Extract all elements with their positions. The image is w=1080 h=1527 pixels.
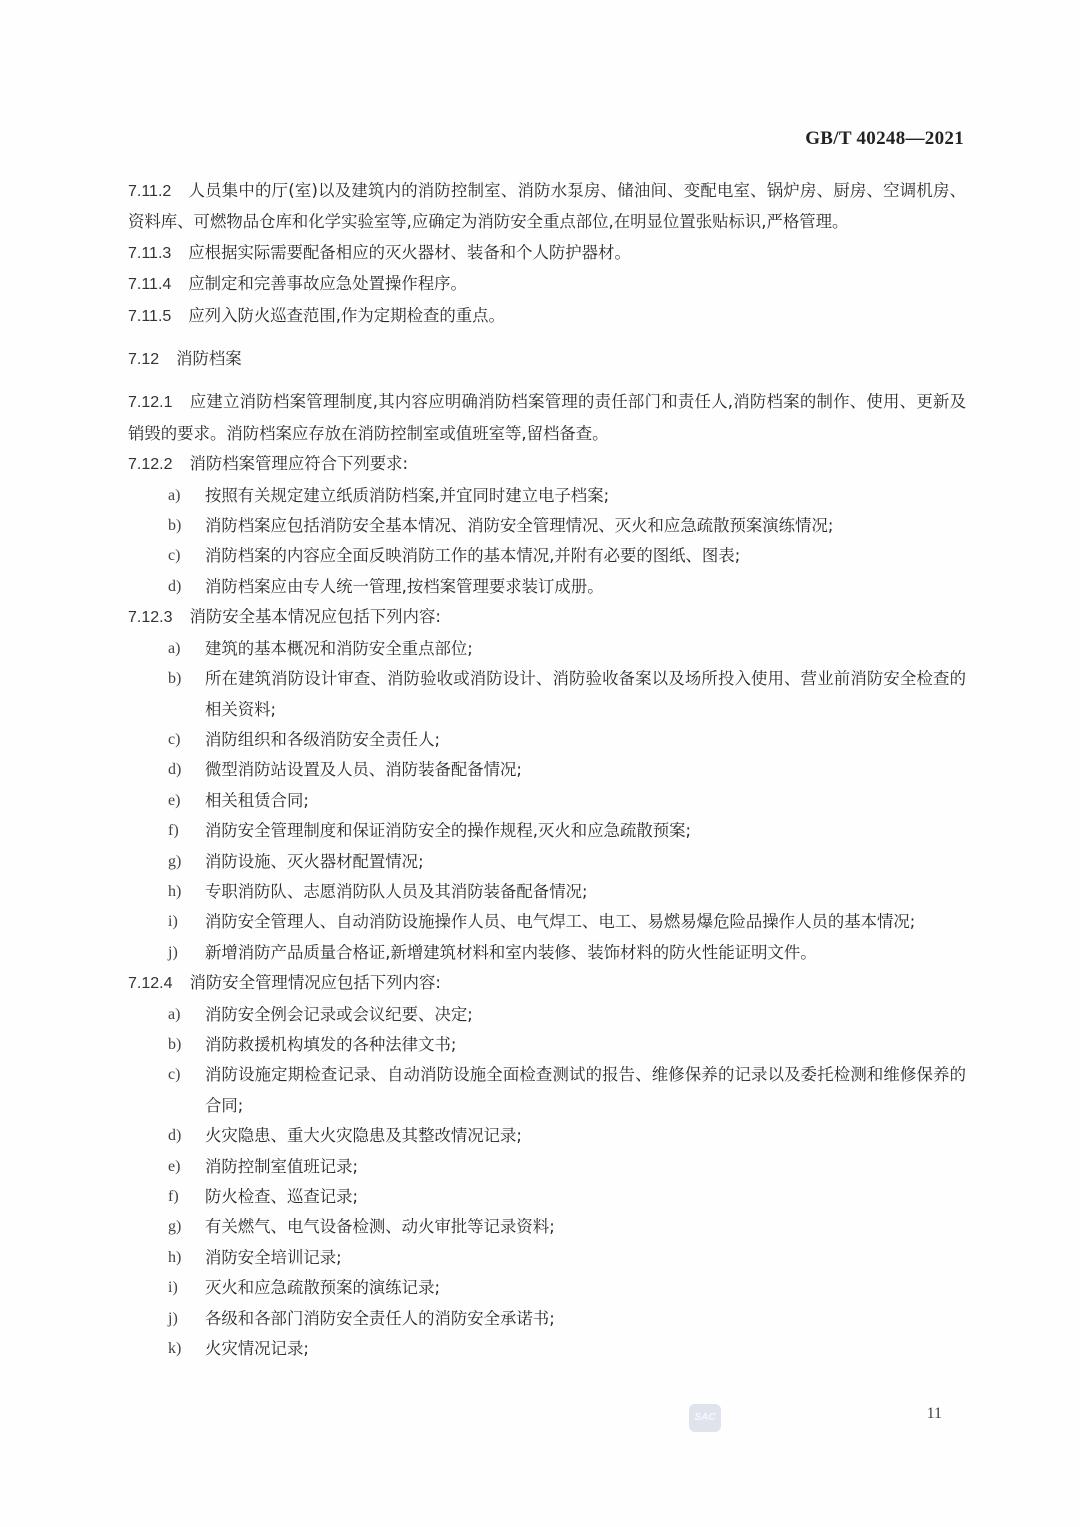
list-marker: e) xyxy=(168,786,180,816)
clause-text: 应根据实际需要配备相应的灭火器材、装备和个人防护器材。 xyxy=(188,243,631,262)
list-marker: e) xyxy=(168,1152,180,1182)
list-item-text: 消防安全例会记录或会议纪要、决定; xyxy=(205,1005,473,1024)
list-item-text: 有关燃气、电气设备检测、动火审批等记录资料; xyxy=(205,1217,555,1236)
list-item-text: 消防设施、灭火器材配置情况; xyxy=(205,852,424,871)
list-marker: a) xyxy=(168,634,180,664)
list-item: c)消防档案的内容应全面反映消防工作的基本情况,并附有必要的图纸、图表; xyxy=(128,541,966,571)
clause-7-12-2: 7.12.2消防档案管理应符合下列要求: xyxy=(128,449,966,480)
list-item-text: 消防救援机构填发的各种法律文书; xyxy=(205,1035,456,1054)
list-item: i)灭火和应急疏散预案的演练记录; xyxy=(128,1273,966,1303)
list-item-text: 防火检查、巡查记录; xyxy=(205,1187,358,1206)
page-number: 11 xyxy=(927,1405,942,1423)
list-item-text: 各级和各部门消防安全责任人的消防安全承诺书; xyxy=(205,1309,555,1328)
list-item: e)消防控制室值班记录; xyxy=(128,1152,966,1182)
section-title: 消防档案 xyxy=(176,349,242,368)
list-marker: d) xyxy=(168,755,181,785)
list-marker: j) xyxy=(168,938,178,968)
list-item-text: 消防档案应由专人统一管理,按档案管理要求装订成册。 xyxy=(205,577,604,596)
list-marker: g) xyxy=(168,1212,181,1242)
list-item-text: 灭火和应急疏散预案的演练记录; xyxy=(205,1278,440,1297)
list-marker: a) xyxy=(168,481,180,511)
list-item: j)各级和各部门消防安全责任人的消防安全承诺书; xyxy=(128,1304,966,1334)
list-item: d)微型消防站设置及人员、消防装备配备情况; xyxy=(128,755,966,785)
clause-text: 消防安全管理情况应包括下列内容: xyxy=(189,973,440,992)
list-item-text: 按照有关规定建立纸质消防档案,并宜同时建立电子档案; xyxy=(205,486,609,505)
list-item-text: 火灾情况记录; xyxy=(205,1339,309,1358)
clause-7-11-3: 7.11.3应根据实际需要配备相应的灭火器材、装备和个人防护器材。 xyxy=(128,238,966,269)
list-item: a)建筑的基本概况和消防安全重点部位; xyxy=(128,634,966,664)
list-item: e)相关租赁合同; xyxy=(128,786,966,816)
list-marker: f) xyxy=(168,1182,179,1212)
clause-text: 人员集中的厅(室)以及建筑内的消防控制室、消防水泵房、储油间、变配电室、锅炉房、… xyxy=(128,181,966,231)
clause-number: 7.11.3 xyxy=(128,245,171,262)
list-item: b)所在建筑消防设计审查、消防验收或消防设计、消防验收备案以及场所投入使用、营业… xyxy=(128,664,966,725)
list-item-text: 消防组织和各级消防安全责任人; xyxy=(205,730,440,749)
list-marker: d) xyxy=(168,572,181,602)
list-marker: g) xyxy=(168,847,181,877)
clause-text: 消防安全基本情况应包括下列内容: xyxy=(189,607,440,626)
list-item: c)消防组织和各级消防安全责任人; xyxy=(128,725,966,755)
list-marker: h) xyxy=(168,877,181,907)
list-item-text: 专职消防队、志愿消防队人员及其消防装备配备情况; xyxy=(205,882,588,901)
clause-7-12-1: 7.12.1应建立消防档案管理制度,其内容应明确消防档案管理的责任部门和责任人,… xyxy=(128,387,966,449)
list-item-text: 微型消防站设置及人员、消防装备配备情况; xyxy=(205,760,522,779)
list-marker: c) xyxy=(168,1060,180,1090)
list-marker: a) xyxy=(168,1000,180,1030)
list-item: b)消防档案应包括消防安全基本情况、消防安全管理情况、灭火和应急疏散预案演练情况… xyxy=(128,511,966,541)
clause-text: 应建立消防档案管理制度,其内容应明确消防档案管理的责任部门和责任人,消防档案的制… xyxy=(128,392,966,442)
clause-number: 7.12.4 xyxy=(128,975,172,992)
list-item-text: 相关租赁合同; xyxy=(205,791,309,810)
list-item: a)消防安全例会记录或会议纪要、决定; xyxy=(128,1000,966,1030)
list-marker: c) xyxy=(168,725,180,755)
list-marker: b) xyxy=(168,511,181,541)
sac-logo-icon: SAC xyxy=(689,1404,721,1432)
list-item: j)新增消防产品质量合格证,新增建筑材料和室内装修、装饰材料的防火性能证明文件。 xyxy=(128,938,966,968)
clause-7-11-5: 7.11.5应列入防火巡查范围,作为定期检查的重点。 xyxy=(128,301,966,332)
list-marker: c) xyxy=(168,541,180,571)
clause-text: 应制定和完善事故应急处置操作程序。 xyxy=(188,274,467,293)
document-body: 7.11.2人员集中的厅(室)以及建筑内的消防控制室、消防水泵房、储油间、变配电… xyxy=(128,176,966,1364)
list-item: i)消防安全管理人、自动消防设施操作人员、电气焊工、电工、易燃易爆危险品操作人员… xyxy=(128,907,966,937)
list-item-text: 消防安全培训记录; xyxy=(205,1248,342,1267)
section-number: 7.12 xyxy=(128,351,159,368)
clause-number: 7.11.2 xyxy=(128,183,171,200)
list-marker: b) xyxy=(168,664,181,694)
list-marker: d) xyxy=(168,1121,181,1151)
list-item: f)消防安全管理制度和保证消防安全的操作规程,灭火和应急疏散预案; xyxy=(128,816,966,846)
list-marker: i) xyxy=(168,1273,178,1303)
list-item-text: 建筑的基本概况和消防安全重点部位; xyxy=(205,639,473,658)
list-marker: j) xyxy=(168,1304,178,1334)
clause-text: 应列入防火巡查范围,作为定期检查的重点。 xyxy=(188,306,505,325)
list-item-text: 消防设施定期检查记录、自动消防设施全面检查测试的报告、维修保养的记录以及委托检测… xyxy=(205,1065,966,1114)
list-item: h)专职消防队、志愿消防队人员及其消防装备配备情况; xyxy=(128,877,966,907)
clause-number: 7.12.1 xyxy=(128,394,172,411)
list-item: d)火灾隐患、重大火灾隐患及其整改情况记录; xyxy=(128,1121,966,1151)
clause-number: 7.11.5 xyxy=(128,308,171,325)
list-item-text: 新增消防产品质量合格证,新增建筑材料和室内装修、装饰材料的防火性能证明文件。 xyxy=(205,943,817,962)
list-item-text: 火灾隐患、重大火灾隐患及其整改情况记录; xyxy=(205,1126,522,1145)
list-item-text: 消防控制室值班记录; xyxy=(205,1157,358,1176)
list-item: b)消防救援机构填发的各种法律文书; xyxy=(128,1030,966,1060)
list-item: g)有关燃气、电气设备检测、动火审批等记录资料; xyxy=(128,1212,966,1242)
clause-number: 7.11.4 xyxy=(128,276,171,293)
list-item-text: 所在建筑消防设计审查、消防验收或消防设计、消防验收备案以及场所投入使用、营业前消… xyxy=(205,669,966,718)
list-marker: k) xyxy=(168,1334,181,1364)
list-item-text: 消防档案应包括消防安全基本情况、消防安全管理情况、灭火和应急疏散预案演练情况; xyxy=(205,516,833,535)
list-item-text: 消防安全管理人、自动消防设施操作人员、电气焊工、电工、易燃易爆危险品操作人员的基… xyxy=(205,912,915,931)
clause-number: 7.12.3 xyxy=(128,609,172,626)
list-item-text: 消防档案的内容应全面反映消防工作的基本情况,并附有必要的图纸、图表; xyxy=(205,546,740,565)
list-item: g)消防设施、灭火器材配置情况; xyxy=(128,847,966,877)
clause-number: 7.12.2 xyxy=(128,456,172,473)
clause-7-11-2: 7.11.2人员集中的厅(室)以及建筑内的消防控制室、消防水泵房、储油间、变配电… xyxy=(128,176,966,238)
clause-text: 消防档案管理应符合下列要求: xyxy=(189,454,408,473)
list-item: k)火灾情况记录; xyxy=(128,1334,966,1364)
list-item: h)消防安全培训记录; xyxy=(128,1243,966,1273)
standard-code-header: GB/T 40248—2021 xyxy=(805,128,964,150)
clause-7-12-3: 7.12.3消防安全基本情况应包括下列内容: xyxy=(128,602,966,633)
list-item: d)消防档案应由专人统一管理,按档案管理要求装订成册。 xyxy=(128,572,966,602)
list-marker: b) xyxy=(168,1030,181,1060)
list-item: a)按照有关规定建立纸质消防档案,并宜同时建立电子档案; xyxy=(128,481,966,511)
clause-7-12-4: 7.12.4消防安全管理情况应包括下列内容: xyxy=(128,968,966,999)
list-marker: i) xyxy=(168,907,178,937)
list-item: c)消防设施定期检查记录、自动消防设施全面检查测试的报告、维修保养的记录以及委托… xyxy=(128,1060,966,1121)
section-heading-7-12: 7.12消防档案 xyxy=(128,344,966,375)
clause-7-11-4: 7.11.4应制定和完善事故应急处置操作程序。 xyxy=(128,269,966,300)
list-marker: f) xyxy=(168,816,179,846)
list-marker: h) xyxy=(168,1243,181,1273)
list-item-text: 消防安全管理制度和保证消防安全的操作规程,灭火和应急疏散预案; xyxy=(205,821,691,840)
list-item: f)防火检查、巡查记录; xyxy=(128,1182,966,1212)
